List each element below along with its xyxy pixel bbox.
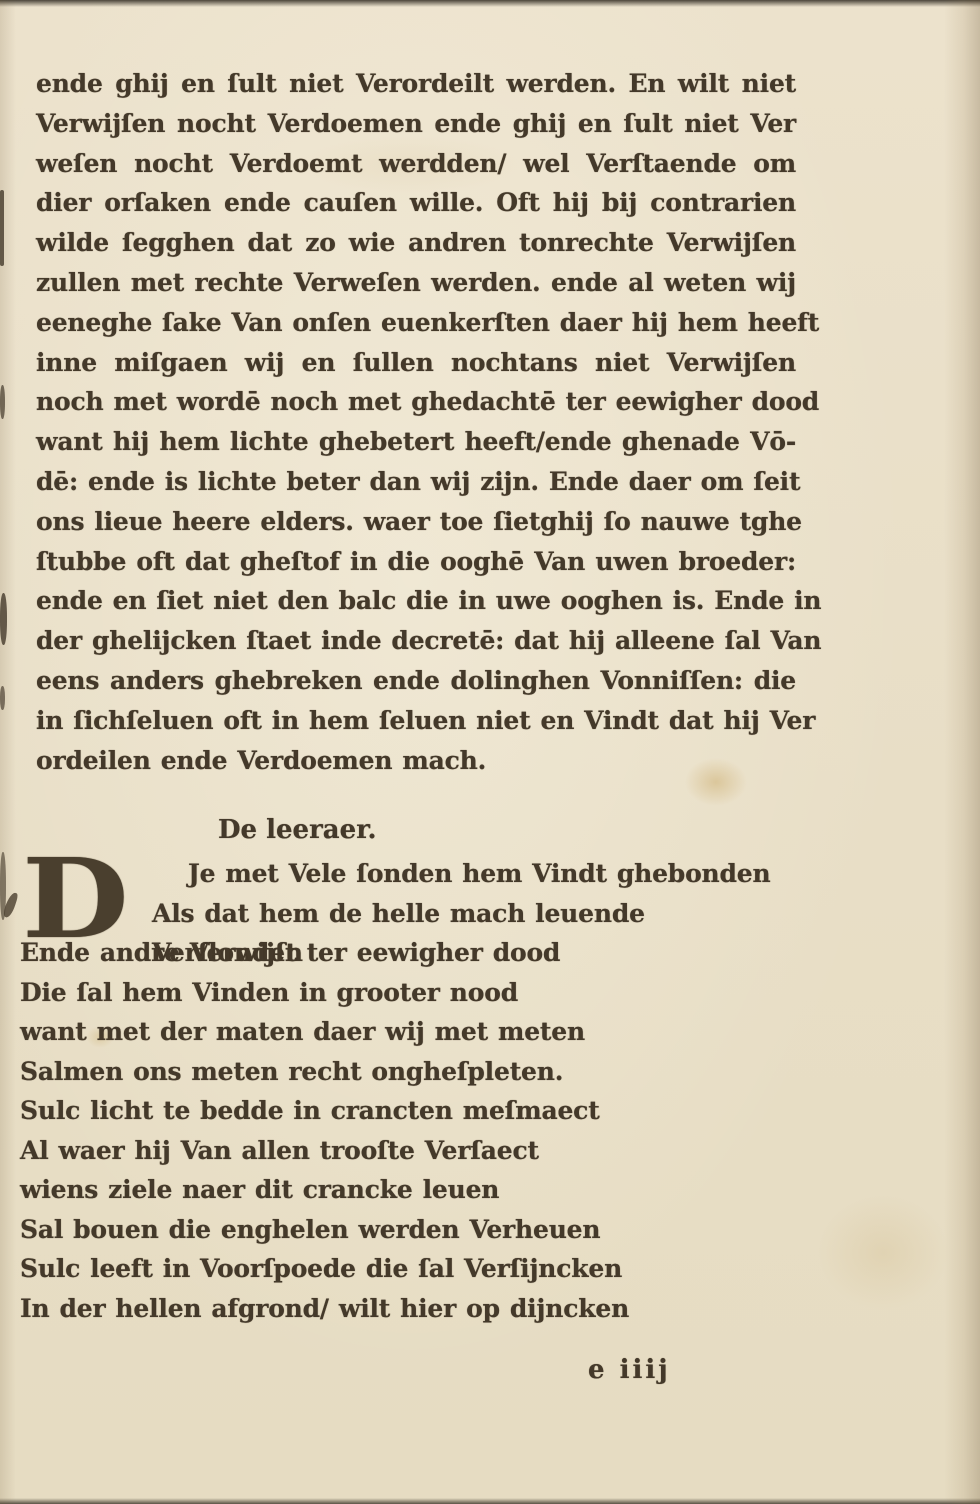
verse-line: wiens ziele naer dit crancke leuen bbox=[20, 1170, 796, 1210]
verse-line: Sal bouen die enghelen werden Verheuen bbox=[20, 1210, 796, 1250]
prose-line: dier orſaken ende cauſen wille. Oft hij … bbox=[36, 183, 796, 223]
paper-stain bbox=[818, 1195, 948, 1310]
verse-line: Sulc leeft in Voorſpoede die ſal Verſijn… bbox=[20, 1249, 796, 1289]
prose-line: ende ghij en ſult niet Verordeilt werden… bbox=[36, 64, 796, 104]
prose-line: in ſichſeluen oft in hem ſeluen niet en … bbox=[36, 701, 796, 741]
verse-line: Al waer hij Van allen trooſte Verſaect bbox=[20, 1131, 796, 1171]
verse-line: Ende andre Verwijſt ter eewigher dood bbox=[20, 933, 796, 973]
prose-line: ons lieue heere elders. waer toe ſietghi… bbox=[36, 502, 796, 542]
verse-line: Salmen ons meten recht ongheſpleten. bbox=[20, 1052, 796, 1092]
prose-line: eens anders ghebreken ende dolinghen Von… bbox=[36, 661, 796, 701]
verse-line: Die ſal hem Vinden in grooter nood bbox=[20, 973, 796, 1013]
prose-line: want hij hem lichte ghebetert heeft/ende… bbox=[36, 422, 796, 462]
drop-cap-initial: D bbox=[22, 844, 129, 954]
prose-line: dē: ende is lichte beter dan wij zijn. E… bbox=[36, 462, 796, 502]
prose-line: weſen nocht Verdoemt werdden/ wel Verſta… bbox=[36, 144, 796, 184]
prose-line: der ghelijcken ſtaet inde decretē: dat h… bbox=[36, 621, 796, 661]
gutter-mark bbox=[0, 385, 5, 419]
verse-line: Als dat hem de helle mach leuende Verſlo… bbox=[20, 894, 796, 934]
page-bottom-shadow bbox=[0, 1498, 980, 1504]
prose-line: noch met wordē noch met ghedachtē ter ee… bbox=[36, 382, 796, 422]
book-page-scan: ende ghij en ſult niet Verordeilt werden… bbox=[0, 0, 980, 1504]
prose-line: ende en ſiet niet den balc die in uwe oo… bbox=[36, 581, 796, 621]
prose-line: wilde ſegghen dat zo wie andren tonrecht… bbox=[36, 223, 796, 263]
gutter-mark bbox=[0, 190, 4, 266]
prose-line: ordeilen ende Verdoemen mach. bbox=[36, 741, 796, 781]
gutter-mark bbox=[0, 686, 5, 710]
gutter-mark bbox=[0, 593, 7, 645]
verse-line: want met der maten daer wij met meten bbox=[20, 1012, 796, 1052]
page-top-shadow bbox=[0, 0, 980, 7]
prose-line: zullen met rechte Verweſen werden. ende … bbox=[36, 263, 796, 303]
section-heading: De leeraer. bbox=[218, 810, 796, 850]
text-block: ende ghij en ſult niet Verordeilt werden… bbox=[36, 64, 796, 1390]
verse-line: Sulc licht te bedde in crancten meſmaect bbox=[20, 1091, 796, 1131]
prose-line: Verwijſen nocht Verdoemen ende ghij en ſ… bbox=[36, 104, 796, 144]
page-right-edge bbox=[944, 0, 980, 1504]
signature-mark: e iiij bbox=[588, 1350, 796, 1390]
verse-line: Je met Vele ſonden hem Vindt ghebonden bbox=[20, 854, 796, 894]
prose-line: inne miſgaen wij en ſullen nochtans niet… bbox=[36, 343, 796, 383]
verse-line: In der hellen afgrond/ wilt hier op dijn… bbox=[20, 1289, 796, 1329]
verse-block: D Je met Vele ſonden hem Vindt ghebonden… bbox=[20, 854, 796, 1328]
prose-line: eeneghe ſake Van onſen euenkerſten daer … bbox=[36, 303, 796, 343]
prose-line: ſtubbe oft dat gheſtof in die ooghē Van … bbox=[36, 542, 796, 582]
